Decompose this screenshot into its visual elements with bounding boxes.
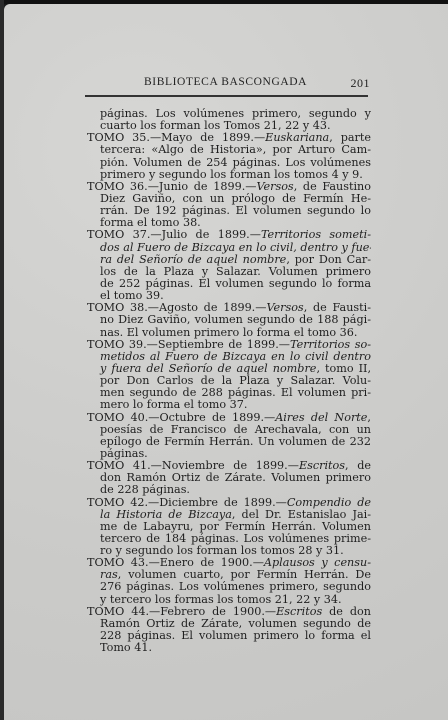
continuation-paragraph: páginas. Los volúmenes primero, segundo …	[87, 108, 371, 132]
catalog-entry-tomo-37: TOMO 37.—Julio de 1899.—Territorios some…	[87, 229, 371, 302]
header-rule	[85, 95, 368, 97]
running-title: BIBLIOTECA BASCONGADA	[144, 76, 307, 88]
text-line: 228 páginas. El volumen primero lo forma…	[87, 630, 371, 642]
catalog-entry-tomo-40: TOMO 40.—Octubre de 1899.—Aires del Nort…	[87, 412, 371, 461]
text-line: tercera: «Algo de Historia», por Arturo …	[87, 144, 371, 156]
text-line: el tomo 39.	[87, 290, 371, 302]
text-line: pión. Volumen de 254 páginas. Los volúme…	[87, 157, 371, 169]
text-line: los de la Plaza y Salazar. Volumen prime…	[87, 266, 371, 278]
text-line: Ramón Ortiz de Zárate, volumen segundo d…	[87, 618, 371, 630]
entry-heading-line: TOMO 37.—Julio de 1899.—Territorios some…	[87, 229, 371, 241]
entry-heading-line: TOMO 35.—Mayo de 1899.—Euskariana, parte	[87, 132, 371, 144]
catalog-entries: TOMO 35.—Mayo de 1899.—Euskariana, parte…	[87, 132, 371, 654]
text-line: mero lo forma el tomo 37.	[87, 399, 371, 411]
catalog-entry-tomo-41: TOMO 41.—Noviembre de 1899.—Escritos, de…	[87, 460, 371, 496]
catalog-entry-tomo-44: TOMO 44.—Febrero de 1900.—Escritos de do…	[87, 606, 371, 655]
catalog-entry-tomo-42: TOMO 42.—Diciembre de 1899.—Compendio de…	[87, 497, 371, 558]
entry-heading-line: TOMO 44.—Febrero de 1900.—Escritos de do…	[87, 606, 371, 618]
text-line: primero y segundo los forman los tomos 4…	[87, 169, 371, 181]
catalog-entry-tomo-38: TOMO 38.—Agosto de 1899.—Versos, de Faus…	[87, 302, 371, 338]
entry-heading-line: TOMO 42.—Diciembre de 1899.—Compendio de	[87, 497, 371, 509]
text-line: don Ramón Ortiz de Zárate. Volumen prime…	[87, 472, 371, 484]
catalog-entry-tomo-39: TOMO 39.—Septiembre de 1899.—Territorios…	[87, 339, 371, 412]
catalog-entry-tomo-35: TOMO 35.—Mayo de 1899.—Euskariana, parte…	[87, 132, 371, 181]
entry-heading-line: TOMO 40.—Octubre de 1899.—Aires del Nort…	[87, 412, 371, 424]
text-line: la Historia de Bizcaya, del Dr. Estanisl…	[87, 509, 371, 521]
text-line: tercero de 184 páginas. Los volúmenes pr…	[87, 533, 371, 545]
text-line: metidos al Fuero de Bizcaya en lo civil …	[87, 351, 371, 363]
text-line: por Don Carlos de la Plaza y Salazar. Vo…	[87, 375, 371, 387]
text-line: rrán. De 192 páginas. El volumen segundo…	[87, 205, 371, 217]
text-line: Diez Gaviño, con un prólogo de Fermín He…	[87, 193, 371, 205]
text-line: de 252 páginas. El volumen segundo lo fo…	[87, 278, 371, 290]
entry-heading-line: TOMO 39.—Septiembre de 1899.—Territorios…	[87, 339, 371, 351]
text-line: men segundo de 288 páginas. El volumen p…	[87, 387, 371, 399]
text-line: no Diez Gaviño, volumen segundo de 188 p…	[87, 314, 371, 326]
entry-heading-line: TOMO 41.—Noviembre de 1899.—Escritos, de	[87, 460, 371, 472]
catalog-entry-tomo-43: TOMO 43.—Enero de 1900.—Aplausos y censu…	[87, 557, 371, 606]
page-number: 201	[351, 76, 371, 91]
text-line: me de Labayru, por Fermín Herrán. Volume…	[87, 521, 371, 533]
running-header: BIBLIOTECA BASCONGADA 201	[84, 76, 372, 92]
text-line: páginas.	[87, 448, 371, 460]
text-line: y tercero los formas los tomos 21, 22 y …	[87, 594, 371, 606]
page-body: páginas. Los volúmenes primero, segundo …	[87, 108, 371, 654]
text-line: 276 páginas. Los volúmenes primero, segu…	[87, 581, 371, 593]
text-line: ra del Señorío de aquel nombre, por Don …	[87, 254, 371, 266]
entry-heading-line: TOMO 43.—Enero de 1900.—Aplausos y censu…	[87, 557, 371, 569]
text-line: páginas. Los volúmenes primero, segundo …	[100, 108, 371, 120]
catalog-entry-tomo-36: TOMO 36.—Junio de 1899.—Versos, de Faust…	[87, 181, 371, 230]
text-line: y fuera del Señorío de aquel nombre, tom…	[87, 363, 371, 375]
entry-heading-line: TOMO 38.—Agosto de 1899.—Versos, de Faus…	[87, 302, 371, 314]
text-line: dos al Fuero de Bizcaya en lo civil, den…	[87, 242, 371, 254]
text-line: ro y segundo los forman los tomos 28 y 3…	[87, 545, 371, 557]
text-line: ras, volumen cuarto, por Fermín Herrán. …	[87, 569, 371, 581]
text-line: cuarto los forman los Tomos 21, 22 y 43.	[100, 120, 371, 132]
text-line: de 228 páginas.	[87, 484, 371, 496]
text-line: Tomo 41.	[87, 642, 371, 654]
text-line: poesías de Francisco de Arechavala, con …	[87, 424, 371, 436]
text-line: forma el tomo 38.	[87, 217, 371, 229]
text-line: epílogo de Fermín Herrán. Un volumen de …	[87, 436, 371, 448]
entry-heading-line: TOMO 36.—Junio de 1899.—Versos, de Faust…	[87, 181, 371, 193]
text-line: nas. El volumen primero lo forma el tomo…	[87, 327, 371, 339]
